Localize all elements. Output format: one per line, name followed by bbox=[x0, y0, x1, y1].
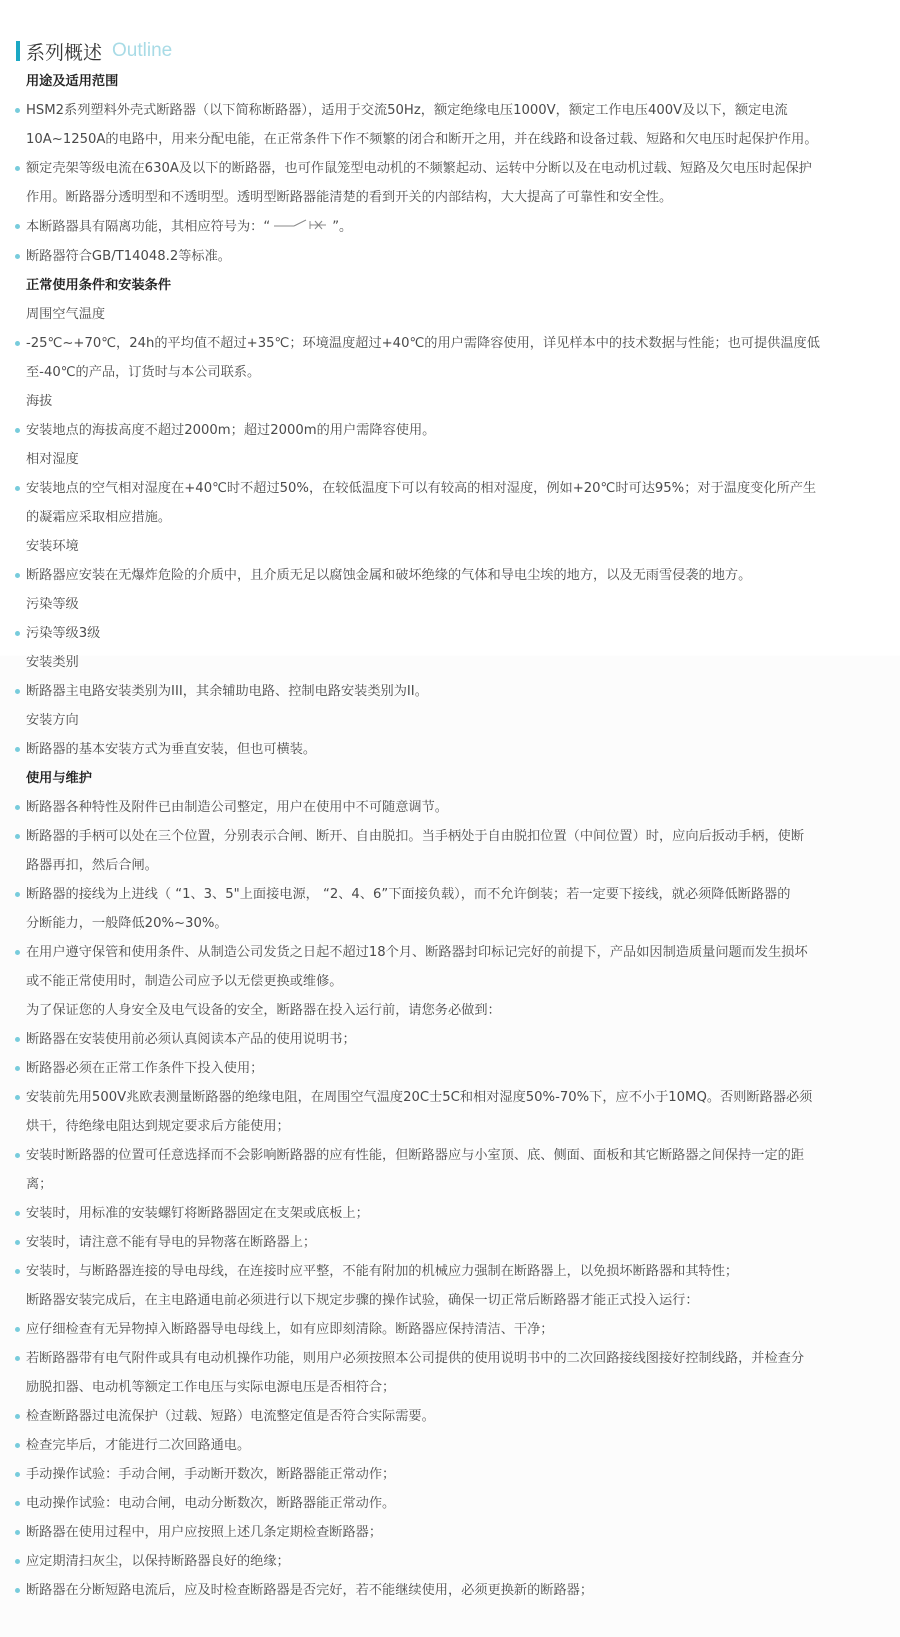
bullet-icon bbox=[15, 1443, 20, 1448]
bullet-icon bbox=[15, 1559, 20, 1564]
bullet-icon bbox=[15, 689, 20, 694]
bullet-icon bbox=[15, 1153, 20, 1158]
section-title: 系列概述 Outline bbox=[16, 38, 172, 64]
list-item: -25℃~+70℃，24h的平均值不超过+35℃；环境温度超过+40℃的用户需降… bbox=[0, 329, 900, 358]
bullet-icon bbox=[15, 1356, 20, 1361]
subheading-altitude: 海拔 bbox=[0, 387, 900, 416]
bullet-icon bbox=[15, 747, 20, 752]
list-item: 安装前先用500V兆欧表测量断路器的绝缘电阻，在周围空气温度20C士5C和相对湿… bbox=[0, 1083, 900, 1112]
bullet-icon bbox=[15, 834, 20, 839]
list-item-continuation: 离； bbox=[0, 1170, 900, 1199]
bullet-icon bbox=[15, 631, 20, 636]
list-item: 在用户遵守保管和使用条件、从制造公司发货之日起不超过18个月、断路器封印标记完好… bbox=[0, 938, 900, 967]
bullet-icon bbox=[15, 1066, 20, 1071]
bullet-icon bbox=[15, 1211, 20, 1216]
bullet-icon bbox=[15, 1530, 20, 1535]
bullet-icon bbox=[15, 805, 20, 810]
list-item: 断路器各种特性及附件已由制造公司整定，用户在使用中不可随意调节。 bbox=[0, 793, 900, 822]
bullet-icon bbox=[15, 892, 20, 897]
list-item-continuation: 烘干，待绝缘电阻达到规定要求后方能使用； bbox=[0, 1112, 900, 1141]
bullet-icon bbox=[15, 1414, 20, 1419]
bullet-icon bbox=[15, 1501, 20, 1506]
subheading-humidity: 相对湿度 bbox=[0, 445, 900, 474]
subheading-pollution: 污染等级 bbox=[0, 590, 900, 619]
list-item: 应定期清扫灰尘，以保持断路器良好的绝缘； bbox=[0, 1547, 900, 1576]
list-item: 额定壳架等级电流在630A及以下的断路器，也可作鼠笼型电动机的不频繁起动、运转中… bbox=[0, 154, 900, 183]
heading-maintenance: 使用与维护 bbox=[0, 764, 900, 793]
bullet-icon bbox=[15, 573, 20, 578]
list-item: 断路器在安装使用前必须认真阅读本产品的使用说明书； bbox=[0, 1025, 900, 1054]
list-item-continuation: 励脱扣器、电动机等额定工作电压与实际电源电压是否相符合； bbox=[0, 1373, 900, 1402]
bullet-icon bbox=[15, 428, 20, 433]
bullet-icon bbox=[15, 486, 20, 491]
list-item: 安装时，请注意不能有导电的异物落在断路器上； bbox=[0, 1228, 900, 1257]
list-item: 污染等级3级 bbox=[0, 619, 900, 648]
subheading-temperature: 周围空气温度 bbox=[0, 300, 900, 329]
list-item: 安装地点的空气相对湿度在+40℃时不超过50%，在较低温度下可以有较高的相对湿度… bbox=[0, 474, 900, 503]
list-item: 断路器的接线为上进线（ “1、3、5"上面接电源， “2、4、6”下面接负载），… bbox=[0, 880, 900, 909]
list-item: 断路器在分断短路电流后，应及时检查断路器是否完好，若不能继续使用，必须更换新的断… bbox=[0, 1576, 900, 1605]
list-item: 断路器的手柄可以处在三个位置，分别表示合闸、断开、自由脱扣。当手柄处于自由脱扣位… bbox=[0, 822, 900, 851]
title-accent-bar bbox=[16, 41, 20, 61]
list-item: 应仔细检查有无异物掉入断路器导电母线上，如有应即刻清除。断路器应保持清洁、干净； bbox=[0, 1315, 900, 1344]
bullet-icon bbox=[15, 341, 20, 346]
bullet-icon bbox=[15, 254, 20, 259]
subheading-environment: 安装环境 bbox=[0, 532, 900, 561]
list-item: 断路器的基本安装方式为垂直安装，但也可横装。 bbox=[0, 735, 900, 764]
heading-usage: 用途及适用范围 bbox=[0, 67, 900, 96]
bullet-icon bbox=[15, 1327, 20, 1332]
list-item: 断路器必须在正常工作条件下投入使用； bbox=[0, 1054, 900, 1083]
list-item: 若断路器带有电气附件或具有电动机操作功能，则用户必须按照本公司提供的使用说明书中… bbox=[0, 1344, 900, 1373]
safety-intro: 为了保证您的人身安全及电气设备的安全，断路器在投入运行前，请您务必做到： bbox=[0, 996, 900, 1025]
list-item: 本断路器具有隔离功能，其相应符号为：“”。 bbox=[0, 212, 900, 242]
list-item: 电动操作试验：电动合闸，电动分断数次，断路器能正常动作。 bbox=[0, 1489, 900, 1518]
list-item: 断路器在使用过程中，用户应按照上述几条定期检查断路器； bbox=[0, 1518, 900, 1547]
list-item: 安装时断路器的位置可任意选择而不会影响断路器的应有性能，但断路器应与小室顶、底、… bbox=[0, 1141, 900, 1170]
subheading-install-category: 安装类别 bbox=[0, 648, 900, 677]
list-item-continuation: 至-40℃的产品，订货时与本公司联系。 bbox=[0, 358, 900, 387]
bullet-icon bbox=[15, 1240, 20, 1245]
bullet-icon bbox=[15, 224, 20, 229]
list-item: 断路器符合GB/T14048.2等标准。 bbox=[0, 242, 900, 271]
list-item: 检查完毕后，才能进行二次回路通电。 bbox=[0, 1431, 900, 1460]
title-english: Outline bbox=[112, 40, 172, 62]
subheading-install-direction: 安装方向 bbox=[0, 706, 900, 735]
list-item: 手动操作试验：手动合闸，手动断开数次，断路器能正常动作； bbox=[0, 1460, 900, 1489]
list-item-continuation: 10A~1250A的电路中，用来分配电能，在正常条件下作不频繁的闭合和断开之用，… bbox=[0, 125, 900, 154]
list-item: HSM2系列塑料外壳式断路器（以下简称断路器），适用于交流50Hz，额定绝缘电压… bbox=[0, 96, 900, 125]
list-item: 安装时，与断路器连接的导电母线，在连接时应平整，不能有附加的机械应力强制在断路器… bbox=[0, 1257, 900, 1286]
bullet-icon bbox=[15, 1472, 20, 1477]
bullet-icon bbox=[15, 166, 20, 171]
list-item: 检查断路器过电流保护（过载、短路）电流整定值是否符合实际需要。 bbox=[0, 1402, 900, 1431]
bullet-icon bbox=[15, 950, 20, 955]
list-item-continuation: 分断能力，一般降低20%~30%。 bbox=[0, 909, 900, 938]
list-item: 安装时，用标准的安装螺钉将断路器固定在支架或底板上； bbox=[0, 1199, 900, 1228]
list-item-continuation: 作用。断路器分透明型和不透明型。透明型断路器能清楚的看到开关的内部结构，大大提高… bbox=[0, 183, 900, 212]
test-intro: 断路器安装完成后，在主电路通电前必须进行以下规定步骤的操作试验，确保一切正常后断… bbox=[0, 1286, 900, 1315]
bullet-icon bbox=[15, 1588, 20, 1593]
list-item: 断路器主电路安装类别为III，其余辅助电路、控制电路安装类别为II。 bbox=[0, 677, 900, 706]
list-item: 断路器应安装在无爆炸危险的介质中，且介质无足以腐蚀金属和破坏绝缘的气体和导电尘埃… bbox=[0, 561, 900, 590]
bullet-icon bbox=[15, 108, 20, 113]
isolator-symbol-icon bbox=[272, 212, 330, 241]
bullet-icon bbox=[15, 1037, 20, 1042]
bullet-icon bbox=[15, 1095, 20, 1100]
list-item-continuation: 的凝霜应采取相应措施。 bbox=[0, 503, 900, 532]
title-chinese: 系列概述 bbox=[26, 38, 102, 65]
heading-conditions: 正常使用条件和安装条件 bbox=[0, 271, 900, 300]
list-item-continuation: 路器再扣，然后合闸。 bbox=[0, 851, 900, 880]
bullet-icon bbox=[15, 1269, 20, 1274]
list-item: 安装地点的海拔高度不超过2000m；超过2000m的用户需降容使用。 bbox=[0, 416, 900, 445]
document-body: 用途及适用范围 HSM2系列塑料外壳式断路器（以下简称断路器），适用于交流50H… bbox=[0, 67, 900, 1605]
list-item-continuation: 或不能正常使用时，制造公司应予以无偿更换或维修。 bbox=[0, 967, 900, 996]
